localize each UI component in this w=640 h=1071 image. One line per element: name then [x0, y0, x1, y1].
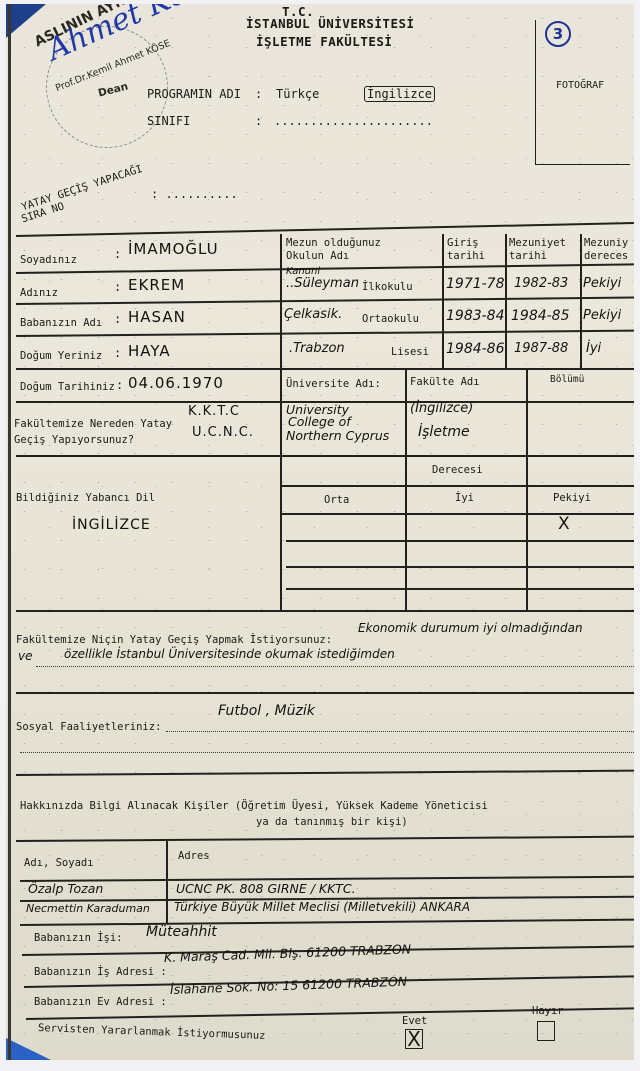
- language-level-orta: Orta: [324, 494, 349, 506]
- name-value: EKREM: [128, 276, 185, 294]
- divider: [16, 836, 634, 842]
- degree-header-2: dereces: [584, 250, 628, 262]
- folder-corner-bottom: [6, 1038, 51, 1060]
- father-job-value: Müteahhit: [146, 924, 217, 940]
- scanned-form-page: ASLININ AYNIDIR Prof.Dr.Kemil Ahmet KÖSE…: [6, 4, 634, 1060]
- surname-label: Soyadınız: [20, 254, 77, 266]
- name-sep: :: [114, 280, 121, 294]
- check-x-icon: X: [406, 1030, 422, 1048]
- school-row-2-grad: 1984-85: [511, 308, 570, 324]
- grad-header-2: tarihi: [509, 250, 547, 262]
- father-home-address-label: Babanızın Ev Adresi :: [34, 996, 167, 1008]
- reason-line-2: özellikle İstanbul Üniversitesinde okuma…: [64, 647, 395, 661]
- program-option-turkish: Türkçe: [276, 87, 319, 101]
- transfer-from-country: K.K.T.C: [188, 404, 240, 419]
- divider: [16, 455, 634, 457]
- school-row-3-entry: 1984-86: [446, 341, 505, 357]
- school-row-2-type: Ortaokulu: [362, 313, 419, 325]
- school-header-1: Mezun olduğunuz: [286, 237, 381, 249]
- column-divider: [166, 840, 168, 924]
- university-label: Üniversite Adı:: [286, 378, 381, 390]
- school-row-1-degree: Pekiyi: [583, 276, 621, 291]
- birthplace-value: HAYA: [128, 342, 171, 360]
- grad-header-1: Mezuniyet: [509, 237, 566, 249]
- university-name-3: Northern Cyprus: [286, 428, 389, 443]
- divider: [20, 919, 634, 926]
- program-label: PROGRAMIN ADI: [147, 87, 241, 101]
- father-home-address-value: İslahane Sok. No: 15 61200 TRABZON: [170, 974, 408, 997]
- school-row-3-type: Lisesi: [391, 346, 429, 358]
- reference-address-header: Adres: [178, 850, 210, 862]
- birthplace-label: Doğum Yeriniz: [20, 350, 102, 362]
- school-row-2-entry: 1983-84: [446, 308, 505, 324]
- service-no-checkbox[interactable]: [537, 1021, 555, 1041]
- divider: [16, 368, 634, 370]
- school-row-1-name: ..Süleyman: [286, 276, 359, 291]
- divider: [16, 297, 634, 305]
- faculty-name-2: İşletme: [418, 424, 470, 440]
- dotted-line: [20, 752, 634, 753]
- father-name-label: Babanızın Adı: [20, 317, 102, 329]
- degree-header-1: Mezuniy: [584, 237, 628, 249]
- divider: [282, 485, 634, 487]
- entry-header-1: Giriş: [447, 237, 479, 249]
- school-header-2: Okulun Adı: [286, 250, 349, 262]
- divider: [16, 330, 634, 337]
- faculty-label: Fakülte Adı: [410, 376, 480, 388]
- references-label-1: Hakkınızda Bilgi Alınacak Kişiler (Öğret…: [20, 800, 488, 812]
- name-label: Adınız: [20, 287, 58, 299]
- language-level-iyi: İyi: [455, 492, 474, 504]
- program-option-english-selected: İngilizce: [364, 86, 435, 102]
- father-name-value: HASAN: [128, 308, 186, 326]
- social-label: Sosyal Faaliyetleriniz:: [16, 721, 161, 733]
- surname-sep: :: [114, 247, 121, 261]
- transfer-order-value: : ..........: [151, 187, 238, 201]
- class-value: ......................: [274, 114, 433, 128]
- divider: [16, 770, 634, 776]
- birthdate-value: 04.06.1970: [128, 374, 224, 392]
- dotted-line: [36, 666, 634, 667]
- column-divider: [526, 368, 528, 610]
- father-work-address-label: Babanızın İş Adresi :: [34, 966, 167, 978]
- department-label: Bölümü: [550, 374, 584, 385]
- father-work-address-value: K. Maraş Cad. Mil. Blş. 61200 TRABZON: [164, 941, 412, 965]
- class-label: SINIFI: [147, 114, 190, 128]
- service-label: Servisten Yararlanmak İstiyormusunuz: [38, 1022, 266, 1042]
- class-sep: :: [255, 114, 262, 128]
- language-level-mark: X: [558, 514, 571, 534]
- reference-row-2-name: Necmettin Karaduman: [26, 902, 150, 915]
- divider: [286, 540, 634, 542]
- divider: [16, 263, 634, 273]
- page-number-badge: 3: [545, 21, 571, 47]
- father-name-sep: :: [114, 312, 121, 326]
- divider: [16, 222, 634, 236]
- reference-row-1-address: UCNC PK. 808 GIRNE / KKTC.: [176, 881, 356, 896]
- divider: [286, 588, 634, 590]
- transfer-from-abbrev: U.C.N.C.: [192, 425, 254, 440]
- reason-line-1: Ekonomik durumum iyi olmadığından: [358, 621, 583, 635]
- service-no-label: Hayır: [532, 1005, 564, 1017]
- column-divider: [405, 368, 407, 610]
- school-row-1-type: İlkokulu: [362, 281, 413, 293]
- divider: [16, 692, 634, 694]
- school-row-3-grad: 1987-88: [514, 341, 568, 356]
- column-divider: [442, 234, 444, 368]
- language-level-header: Derecesi: [432, 464, 483, 476]
- divider: [16, 610, 634, 612]
- school-row-2-name: Çelkasik.: [284, 307, 342, 322]
- transfer-from-label-1: Fakültemize Nereden Yatay: [14, 418, 172, 430]
- university-name-2: College of: [288, 414, 351, 429]
- language-level-pekiyi: Pekiyi: [553, 492, 591, 504]
- school-row-3-name: .Trabzon: [289, 341, 345, 356]
- school-row-3-degree: İyi: [586, 341, 601, 356]
- faculty-name-1: (İngilizce): [410, 401, 473, 416]
- column-divider: [280, 234, 282, 610]
- birthdate-label: Doğum Tarihiniz: [20, 381, 115, 393]
- reason-label: Fakültemize Niçin Yatay Geçiş Yapmak İst…: [16, 634, 332, 646]
- transfer-from-label-2: Geçiş Yapıyorsunuz?: [14, 434, 134, 446]
- reference-row-1-name: Özalp Tozan: [28, 881, 103, 896]
- references-label-2: ya da tanınmış bir kişi): [256, 816, 408, 828]
- service-yes-checkbox[interactable]: X: [405, 1029, 423, 1049]
- program-sep: :: [255, 87, 262, 101]
- photo-label: FOTOĞRAF: [556, 80, 604, 91]
- column-divider: [580, 234, 582, 368]
- header-university: İSTANBUL ÜNİVERSİTESİ: [246, 16, 415, 31]
- surname-value: İMAMOĞLU: [128, 240, 219, 258]
- school-row-2-degree: Pekiyi: [583, 308, 621, 323]
- language-label: Bildiğiniz Yabancı Dil: [16, 492, 155, 504]
- divider: [286, 566, 634, 568]
- transfer-order-label: YATAY GEÇİŞ YAPACAĞI: [20, 163, 144, 213]
- language-value: İNGİLİZCE: [72, 517, 151, 533]
- reason-line-2-prefix: ve: [18, 649, 32, 663]
- page-binding-edge: [8, 4, 11, 1060]
- dotted-line: [166, 731, 634, 732]
- father-job-label: Babanızın İşi:: [34, 932, 123, 944]
- reference-name-header: Adı, Soyadı: [24, 857, 94, 869]
- service-yes-label: Evet: [402, 1015, 427, 1027]
- birthplace-sep: :: [114, 346, 121, 360]
- social-value: Futbol , Müzik: [218, 703, 315, 719]
- entry-header-2: tarihi: [447, 250, 485, 262]
- reference-row-2-address: Türkiye Büyük Millet Meclisi (Milletveki…: [174, 900, 470, 914]
- school-row-1-grad: 1982-83: [514, 276, 568, 291]
- divider: [282, 513, 634, 515]
- school-row-1-entry: 1971-78: [446, 276, 505, 292]
- birthdate-sep: :: [116, 378, 123, 392]
- header-faculty: İŞLETME FAKÜLTESİ: [256, 34, 392, 49]
- column-divider: [505, 234, 507, 368]
